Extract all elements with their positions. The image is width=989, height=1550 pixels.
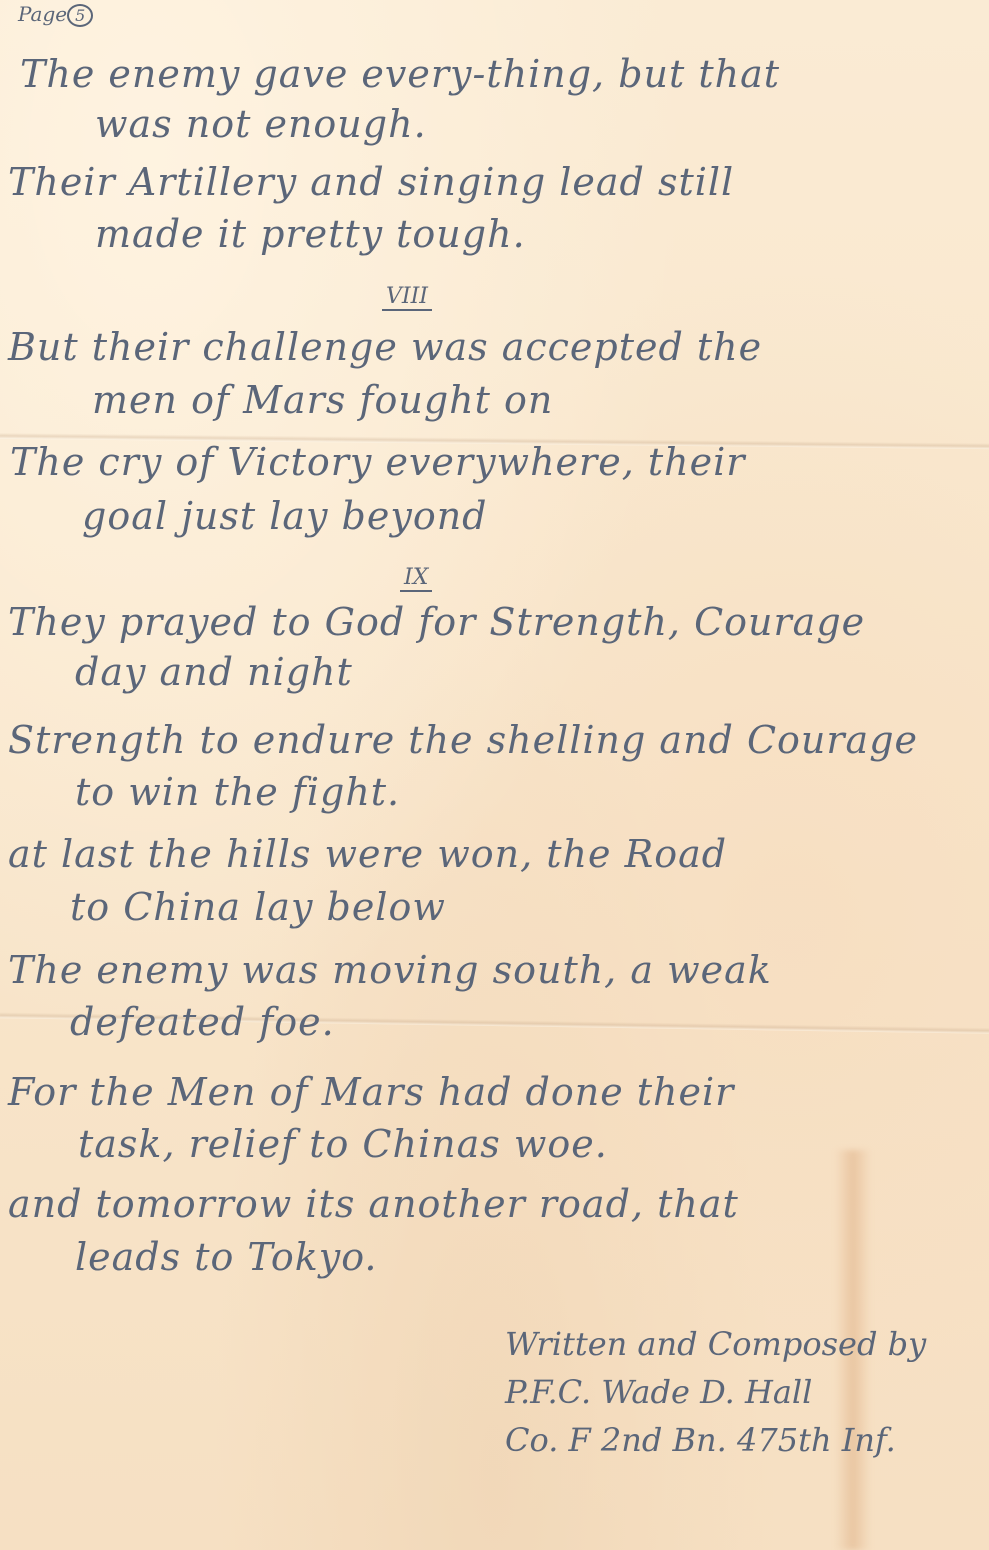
signature-block: Written and Composed by P.F.C. Wade D. H… bbox=[505, 1320, 926, 1464]
stanza-numeral: VIII bbox=[382, 284, 432, 311]
poem-line: Their Artillery and singing lead still bbox=[8, 160, 734, 204]
poem-line: made it pretty tough. bbox=[95, 212, 526, 256]
page-number-circle: 5 bbox=[67, 4, 93, 27]
poem-line: The enemy was moving south, a weak bbox=[8, 948, 772, 992]
poem-line: They prayed to God for Strength, Courage bbox=[8, 600, 865, 644]
poem-line: The cry of Victory everywhere, their bbox=[10, 440, 745, 484]
poem-line: leads to Tokyo. bbox=[75, 1235, 378, 1279]
signature-unit: Co. F 2nd Bn. 475th Inf. bbox=[505, 1416, 926, 1464]
signature-author: P.F.C. Wade D. Hall bbox=[505, 1368, 926, 1416]
poem-line: day and night bbox=[75, 650, 353, 694]
poem-line: For the Men of Mars had done their bbox=[8, 1070, 734, 1114]
poem-line: at last the hills were won, the Road bbox=[8, 832, 727, 876]
poem-line: goal just lay beyond bbox=[82, 494, 488, 538]
poem-line: task, relief to Chinas woe. bbox=[78, 1122, 608, 1166]
page-label-text: Page bbox=[18, 2, 67, 26]
handwritten-page: Page5 The enemy gave every-thing, but th… bbox=[0, 0, 989, 1550]
poem-line: But their challenge was accepted the bbox=[8, 325, 762, 369]
page-number-label: Page5 bbox=[18, 2, 93, 27]
poem-line: to China lay below bbox=[70, 885, 446, 929]
poem-line: to win the fight. bbox=[75, 770, 400, 814]
stanza-numeral: IX bbox=[400, 565, 432, 592]
poem-line: defeated foe. bbox=[70, 1000, 335, 1044]
poem-line: The enemy gave every-thing, but that bbox=[20, 52, 780, 96]
poem-line: men of Mars fought on bbox=[92, 378, 553, 422]
poem-line: was not enough. bbox=[95, 102, 427, 146]
signature-credit: Written and Composed by bbox=[505, 1320, 926, 1368]
poem-line: Strength to endure the shelling and Cour… bbox=[8, 718, 918, 762]
poem-line: and tomorrow its another road, that bbox=[8, 1182, 739, 1226]
